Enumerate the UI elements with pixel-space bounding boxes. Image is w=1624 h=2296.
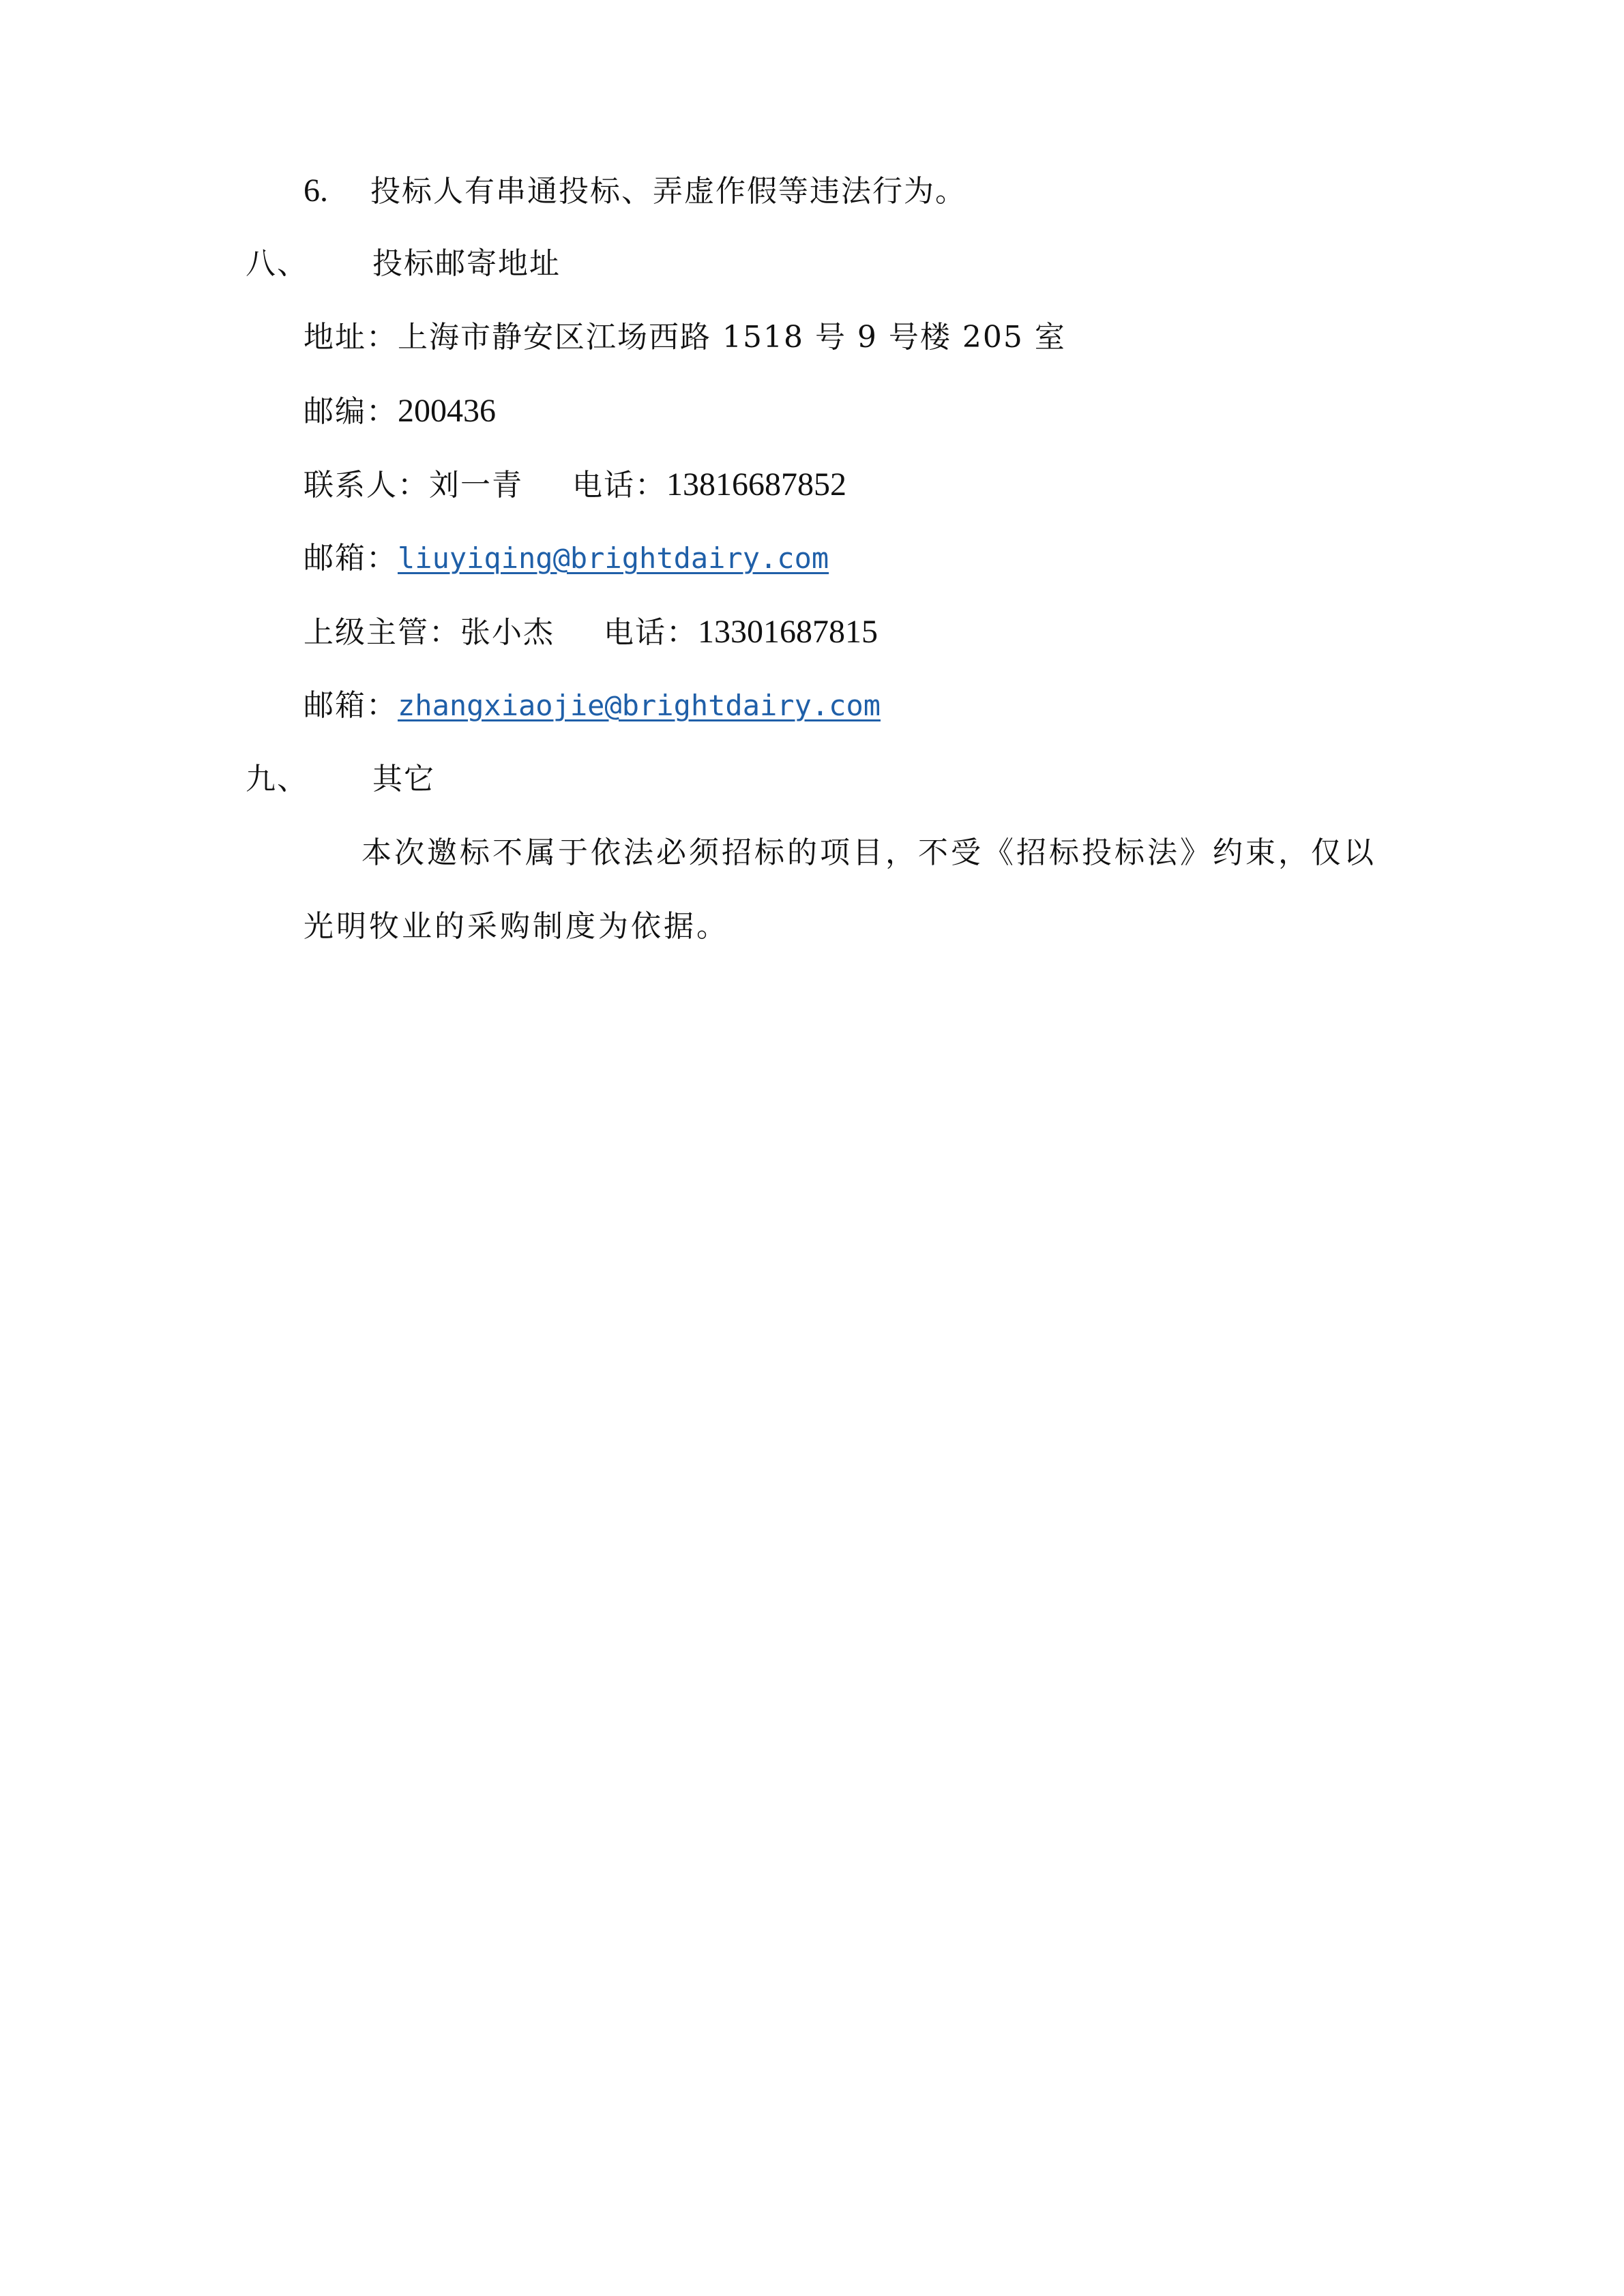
supervisor-email-line: 邮箱：zhangxiaojie@brightdairy.com: [304, 685, 881, 726]
section-9-heading: 九、 其它: [246, 759, 435, 800]
supervisor-email-link[interactable]: zhangxiaojie@brightdairy.com: [398, 689, 881, 722]
supervisor-label: 上级主管：: [304, 615, 460, 650]
section-marker: 九、: [246, 759, 361, 800]
contact-email-label: 邮箱：: [304, 541, 398, 576]
supervisor-line: 上级主管：张小杰 电话：13301687815: [304, 612, 878, 653]
supervisor-email-label: 邮箱：: [304, 688, 398, 723]
contact-label: 联系人：: [304, 468, 429, 503]
document-page: 6. 投标人有串通投标、弄虚作假等违法行为。 八、 投标邮寄地址 地址：上海市静…: [0, 0, 1624, 2296]
contact-phone: 13816687852: [666, 466, 846, 503]
list-item-text: 投标人有串通投标、弄虚作假等违法行为。: [370, 174, 966, 209]
contact-name: 刘一青: [429, 468, 523, 503]
contact-phone-label: 电话：: [572, 468, 666, 503]
address-line: 地址：上海市静安区江场西路 1518 号 9 号楼 205 室: [304, 317, 1066, 358]
section-title: 投标邮寄地址: [372, 246, 561, 281]
address-label: 地址：: [304, 320, 398, 355]
section-9-paragraph-line-1: 本次邀标不属于依法必须招标的项目，不受《招标投标法》约束，仅以: [361, 833, 1376, 874]
contact-email-link[interactable]: liuyiqing@brightdairy.com: [398, 541, 829, 575]
section-marker: 八、: [246, 243, 361, 284]
list-item-number: 6.: [304, 173, 328, 209]
postcode-label: 邮编：: [304, 394, 398, 429]
list-item-6: 6. 投标人有串通投标、弄虚作假等违法行为。: [304, 170, 966, 212]
paragraph-text: 本次邀标不属于依法必须招标的项目，不受《招标投标法》约束，仅以: [361, 835, 1376, 870]
section-title: 其它: [372, 762, 435, 796]
contact-email-line: 邮箱：liuyiqing@brightdairy.com: [304, 538, 829, 579]
postcode-line: 邮编：200436: [304, 391, 496, 432]
address-value: 上海市静安区江场西路 1518 号 9 号楼 205 室: [398, 320, 1066, 355]
section-8-heading: 八、 投标邮寄地址: [246, 243, 561, 284]
supervisor-phone-label: 电话：: [604, 615, 698, 650]
paragraph-text: 光明牧业的采购制度为依据。: [304, 909, 729, 944]
contact-line: 联系人：刘一青 电话：13816687852: [304, 464, 846, 506]
section-9-paragraph-line-2: 光明牧业的采购制度为依据。: [304, 906, 729, 947]
supervisor-name: 张小杰: [460, 615, 555, 650]
supervisor-phone: 13301687815: [698, 614, 878, 650]
postcode-value: 200436: [398, 393, 496, 429]
